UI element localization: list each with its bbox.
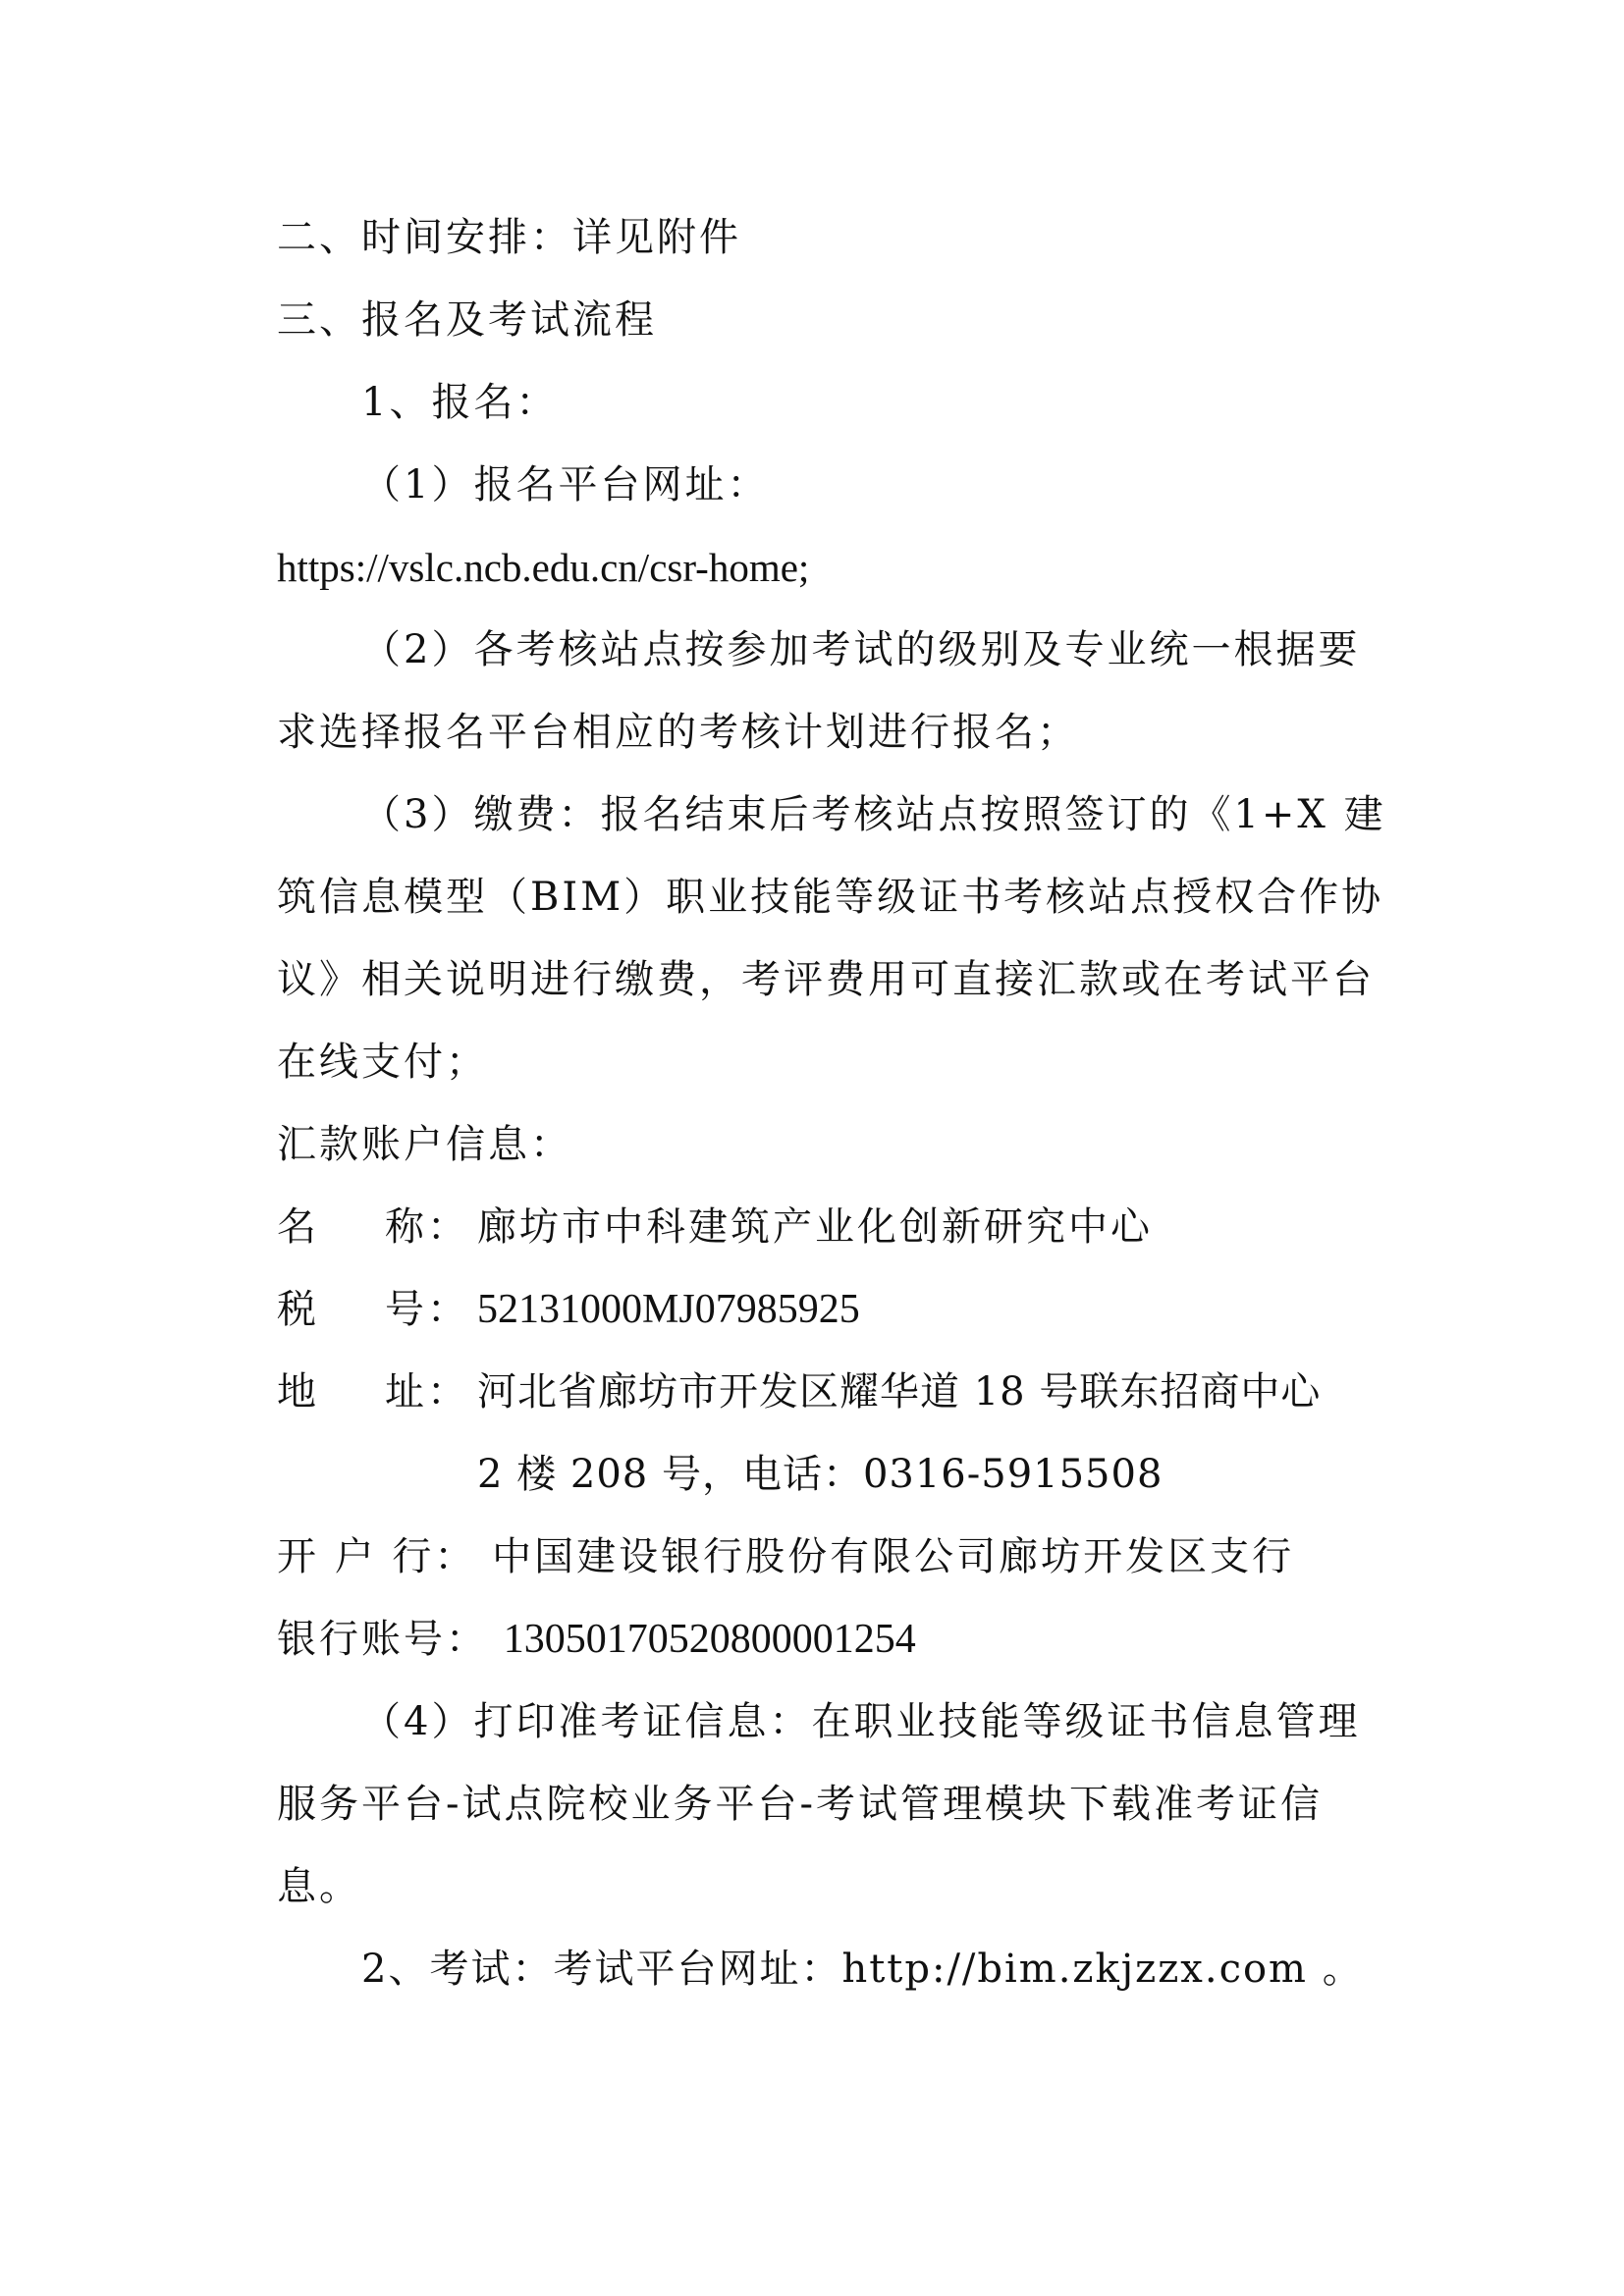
document-page: 二、时间安排：详见附件 三、报名及考试流程 1、报名： （1）报名平台网址： h…: [0, 0, 1624, 2296]
item3-line4: 在线支付；: [277, 1039, 488, 1086]
account-tax-label-2: 号：: [385, 1286, 469, 1333]
account-bank-row: 开 户 行： 中国建设银行股份有限公司廊坊开发区支行: [277, 1533, 1294, 1580]
account-name-row: 名 称： 廊坊市中科建筑产业化创新研究中心: [277, 1203, 319, 1251]
registration-url-label: （1）报名平台网址：: [361, 461, 769, 508]
account-address-value-line1: 河北省廊坊市开发区耀华道 18 号联东招商中心: [477, 1368, 1321, 1415]
account-address-label-2: 址：: [385, 1368, 469, 1415]
item4-line1: （4）打印准考证信息：在职业技能等级证书信息管理: [361, 1698, 1360, 1745]
account-address-label-1: 地: [277, 1369, 319, 1415]
account-address-value-line2: 2 楼 208 号，电话：0316-5915508: [477, 1451, 1163, 1498]
step-exam-text: 2、考试：考试平台网址：http://bim.zkjzzx.com 。: [361, 1946, 1364, 1993]
section-heading-registration-exam: 三、报名及考试流程: [277, 296, 657, 344]
account-address-row: 地 址： 河北省廊坊市开发区耀华道 18 号联东招商中心: [277, 1368, 319, 1415]
item2-line2: 求选择报名平台相应的考核计划进行报名；: [277, 709, 1079, 756]
account-number-value: 13050170520800001254: [504, 1617, 916, 1662]
item2-line1: （2）各考核站点按参加考试的级别及专业统一根据要: [361, 626, 1360, 673]
item4-line2: 服务平台-试点院校业务平台-考试管理模块下载准考证信: [277, 1781, 1323, 1828]
item3-line2: 筑信息模型（BIM）职业技能等级证书考核站点授权合作协: [277, 874, 1383, 921]
item4-line3: 息。: [277, 1863, 361, 1910]
account-number-label: 银行账号：: [277, 1617, 488, 1662]
step-registration-title: 1、报名：: [361, 379, 558, 426]
item3-line3: 议》相关说明进行缴费，考评费用可直接汇款或在考试平台: [277, 956, 1375, 1003]
item3-line1: （3）缴费：报名结束后考核站点按照签订的《1+X 建: [361, 791, 1386, 838]
account-name-label-1: 名: [277, 1204, 319, 1250]
section-heading-schedule: 二、时间安排：详见附件: [277, 214, 741, 261]
registration-url-link[interactable]: https://vslc.ncb.edu.cn/csr-home;: [277, 544, 809, 591]
account-bank-value: 中国建设银行股份有限公司廊坊开发区支行: [492, 1534, 1294, 1579]
account-info-heading: 汇款账户信息：: [277, 1121, 572, 1168]
account-tax-value: 52131000MJ07985925: [477, 1286, 860, 1333]
account-bank-label: 开 户 行：: [277, 1534, 476, 1579]
account-name-value: 廊坊市中科建筑产业化创新研究中心: [477, 1203, 1153, 1251]
account-name-label-2: 称：: [385, 1203, 469, 1251]
account-tax-label-1: 税: [277, 1287, 319, 1332]
account-tax-row: 税 号： 52131000MJ07985925: [277, 1286, 319, 1333]
account-number-row: 银行账号： 13050170520800001254: [277, 1616, 916, 1663]
